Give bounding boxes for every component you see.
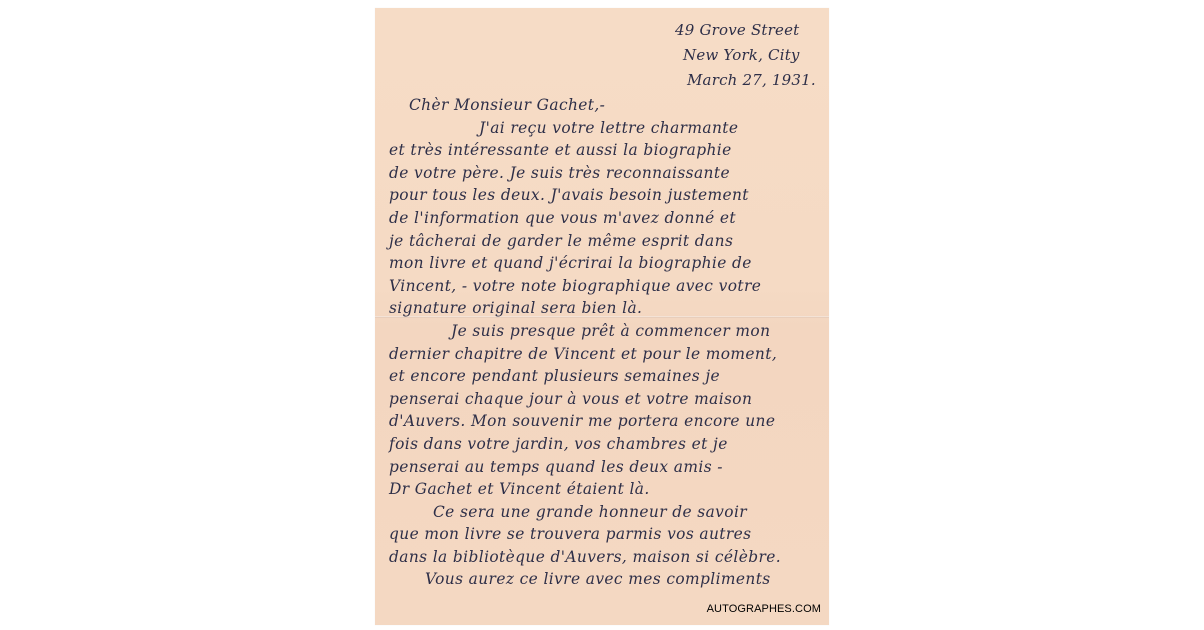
- letter-line: pour tous les deux. J'avais besoin juste…: [389, 184, 829, 207]
- letter-line: penserai au temps quand les deux amis -: [389, 456, 829, 479]
- letter-line: et très intéressante et aussi la biograp…: [389, 139, 829, 162]
- letter-line: dans la bibliotèque d'Auvers, maison si …: [389, 546, 829, 569]
- letter-line: Je suis presque prêt à commencer mon: [451, 320, 829, 343]
- letter-line: fois dans votre jardin, vos chambres et …: [389, 433, 829, 456]
- letter-line: Vous aurez ce livre avec mes compliments: [425, 568, 829, 591]
- letter-line: que mon livre se trouvera parmis vos aut…: [389, 523, 829, 546]
- letter-line: mon livre et quand j'écrirai la biograph…: [389, 252, 829, 275]
- letter-date: March 27, 1931.: [687, 68, 816, 93]
- letter-line: Vincent, - votre note biographique avec …: [389, 275, 829, 298]
- letter-line: J'ai reçu votre lettre charmante: [479, 117, 829, 140]
- letter-line: Ce sera une grande honneur de savoir: [433, 501, 829, 524]
- salutation: Chèr Monsieur Gachet,-: [409, 94, 829, 117]
- sender-address-block: 49 Grove Street New York, City March 27,…: [675, 18, 816, 93]
- letter-line: je tâcherai de garder le même esprit dan…: [389, 230, 829, 253]
- letter-line: dernier chapitre de Vincent et pour le m…: [389, 343, 829, 366]
- letter-sheet: 49 Grove Street New York, City March 27,…: [375, 8, 829, 625]
- letter-body: Chèr Monsieur Gachet,- J'ai reçu votre l…: [389, 94, 829, 591]
- watermark-text: AUTOGRAPHES.COM: [707, 603, 821, 615]
- letter-line: d'Auvers. Mon souvenir me portera encore…: [389, 410, 829, 433]
- letter-line: penserai chaque jour à vous et votre mai…: [389, 388, 829, 411]
- page: 49 Grove Street New York, City March 27,…: [0, 0, 1204, 630]
- address-street: 49 Grove Street: [675, 18, 816, 43]
- letter-line: Dr Gachet et Vincent étaient là.: [389, 478, 829, 501]
- address-city: New York, City: [683, 43, 816, 68]
- letter-line: de votre père. Je suis très reconnaissan…: [389, 162, 829, 185]
- letter-line: signature original sera bien là.: [389, 297, 829, 320]
- letter-line: de l'information que vous m'avez donné e…: [389, 207, 829, 230]
- letter-line: et encore pendant plusieurs semaines je: [389, 365, 829, 388]
